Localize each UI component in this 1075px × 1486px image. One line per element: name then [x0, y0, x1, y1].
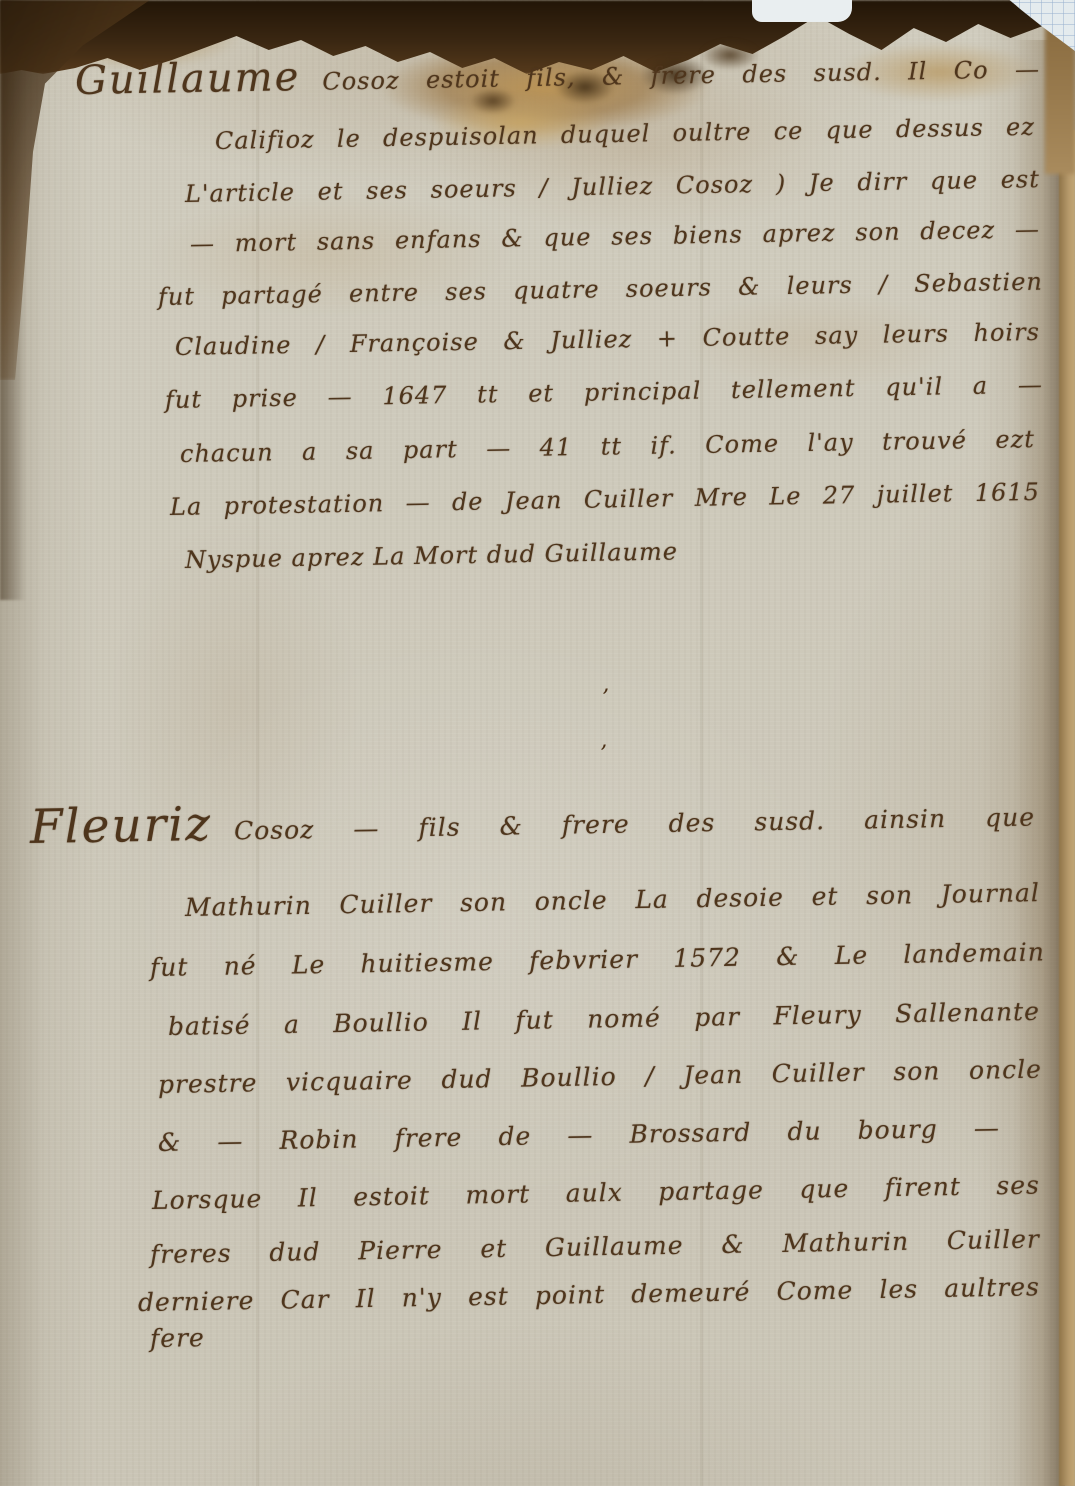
manuscript-line: Cosoz — fils & frere des susd. ainsin qu…	[234, 802, 1035, 845]
backdrop-gap	[752, 0, 852, 22]
right-edge-shadow	[1013, 40, 1065, 1486]
ink-mark: ’	[602, 686, 609, 711]
manuscript-photo: Guillaume Cosoz estoit fils, & frere des…	[0, 0, 1075, 1486]
underlying-pages-edge	[1059, 130, 1075, 1486]
ink-mark: ’	[600, 742, 607, 767]
paragraph-initial-word: Fleuriz	[30, 797, 213, 855]
paragraph-initial-word: Guillaume	[75, 54, 301, 104]
manuscript-line: fere	[150, 1323, 205, 1353]
